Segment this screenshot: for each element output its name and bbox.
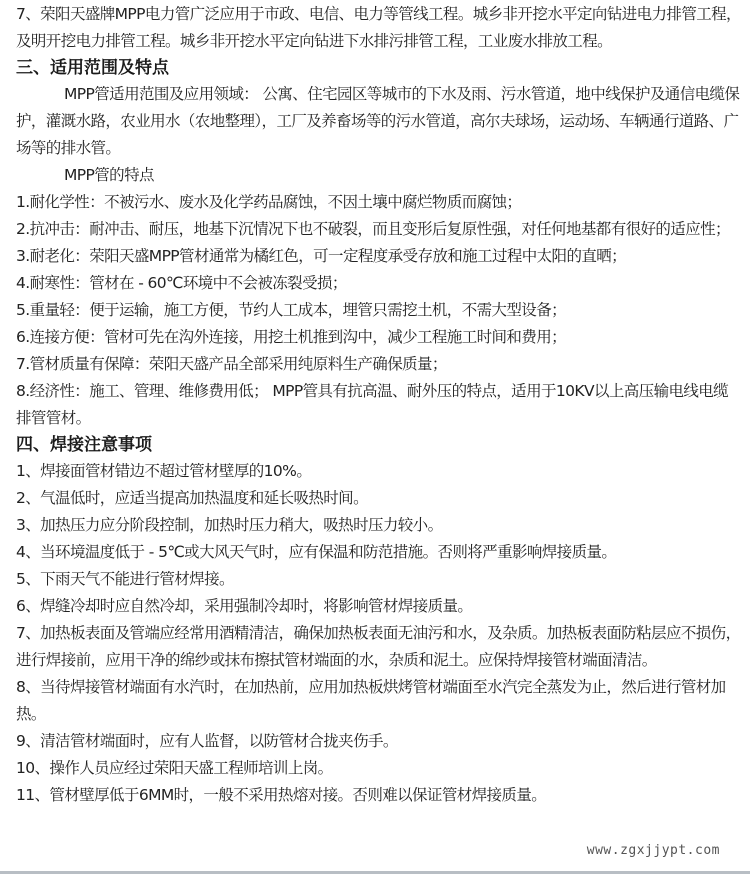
feature-item: 2.抗冲击：耐冲击、耐压，地基下沉情况下也不破裂，而且变形后复原性强，对任何地基… <box>16 216 742 243</box>
feature-item: 8.经济性：施工、管理、维修费用低； MPP管具有抗高温、耐外压的特点，适用于1… <box>16 378 742 432</box>
welding-note: 6、焊缝冷却时应自然冷却，采用强制冷却时，将影响管材焊接质量。 <box>16 593 742 620</box>
welding-note: 5、下雨天气不能进行管材焊接。 <box>16 566 742 593</box>
section-3-heading: 三、适用范围及特点 <box>16 55 742 81</box>
welding-note: 3、加热压力应分阶段控制，加热时压力稍大，吸热时压力较小。 <box>16 512 742 539</box>
watermark-text: www.zgxjjypt.com <box>587 843 720 858</box>
welding-note: 10、操作人员应经过荣阳天盛工程师培训上岗。 <box>16 755 742 782</box>
feature-item: 5.重量轻：便于运输，施工方便，节约人工成本，埋管只需挖土机，不需大型设备； <box>16 297 742 324</box>
welding-note: 1、焊接面管材错边不超过管材壁厚的10%。 <box>16 458 742 485</box>
welding-note: 9、清洁管材端面时，应有人监督，以防管材合拢夹伤手。 <box>16 728 742 755</box>
welding-note: 2、气温低时，应适当提高加热温度和延长吸热时间。 <box>16 485 742 512</box>
features-title: MPP管的特点 <box>16 162 742 189</box>
welding-note: 8、当待焊接管材端面有水汽时，在加热前，应用加热板烘烤管材端面至水汽完全蒸发为止… <box>16 674 742 728</box>
feature-item: 4.耐寒性：管材在 - 60℃环境中不会被冻裂受损； <box>16 270 742 297</box>
document-body: 7、荣阳天盛牌MPP电力管广泛应用于市政、电信、电力等管线工程。城乡非开挖水平定… <box>0 0 750 809</box>
welding-note: 4、当环境温度低于 - 5℃或大风天气时，应有保温和防范措施。否则将严重影响焊接… <box>16 539 742 566</box>
feature-item: 3.耐老化：荣阳天盛MPP管材通常为橘红色，可一定程度承受存放和施工过程中太阳的… <box>16 243 742 270</box>
scope-paragraph: MPP管适用范围及应用领域： 公寓、住宅园区等城市的下水及雨、污水管道，地中线保… <box>16 81 742 162</box>
feature-item: 1.耐化学性：不被污水、废水及化学药品腐蚀，不因土壤中腐烂物质而腐蚀； <box>16 189 742 216</box>
section-4-heading: 四、焊接注意事项 <box>16 432 742 458</box>
feature-item: 7.管材质量有保障：荣阳天盛产品全部采用纯原料生产确保质量； <box>16 351 742 378</box>
feature-item: 6.连接方便：管材可先在沟外连接，用挖土机推到沟中，减少工程施工时间和费用； <box>16 324 742 351</box>
intro-item-7: 7、荣阳天盛牌MPP电力管广泛应用于市政、电信、电力等管线工程。城乡非开挖水平定… <box>16 0 742 55</box>
welding-note: 7、加热板表面及管端应经常用酒精清洁，确保加热板表面无油污和水，及杂质。加热板表… <box>16 620 742 674</box>
welding-note: 11、管材壁厚低于6MM时，一般不采用热熔对接。否则难以保证管材焊接质量。 <box>16 782 742 809</box>
